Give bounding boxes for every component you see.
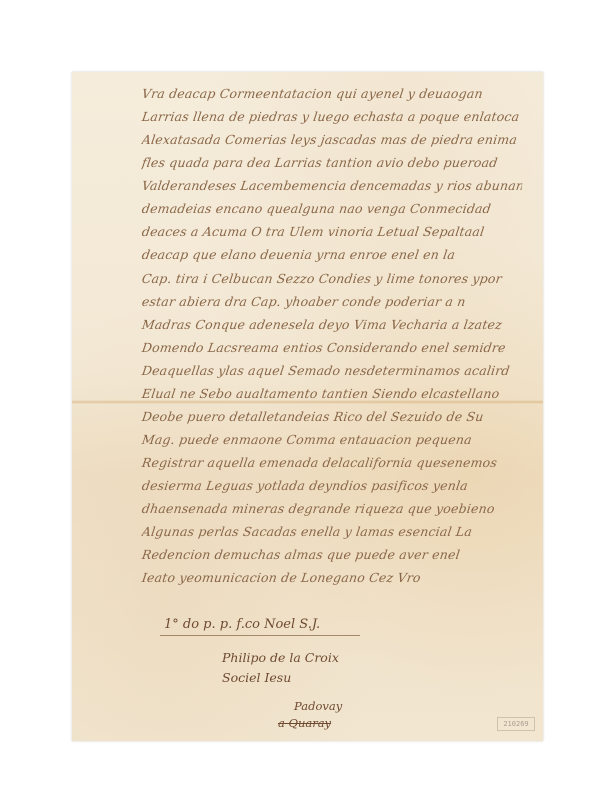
endorsement-line-2: a Quaray bbox=[278, 716, 331, 730]
body-line: Algunas perlas Sacadas enella y lamas es… bbox=[141, 524, 523, 539]
body-line: Cap. tira i Celbucan Sezzo Condies y lim… bbox=[141, 271, 523, 286]
body-line: Vra deacap Cormeentatacion qui ayenel y … bbox=[141, 86, 523, 101]
body-line: Ieato yeomunicacion de Lonegano Cez Vro bbox=[141, 570, 523, 585]
body-line: estar abiera dra Cap. yhoaber conde pode… bbox=[141, 294, 523, 309]
body-line: Redencion demuchas almas que puede aver … bbox=[141, 547, 523, 562]
body-line: Deaquellas ylas aquel Semado nesdetermin… bbox=[141, 363, 523, 378]
body-line: deaces a Acuma O tra Ulem vinoria Letual… bbox=[141, 224, 523, 239]
body-line: deacap que elano deuenia yrna enroe enel… bbox=[141, 247, 523, 262]
body-line: Elual ne Sebo aualtamento tantien Siendo… bbox=[141, 386, 523, 401]
signature-name: Philipo de la Croix bbox=[222, 650, 339, 665]
body-line: Alexatasada Comerias leys jascadas mas d… bbox=[141, 132, 523, 147]
body-line: Registrar aquella emenada delacalifornia… bbox=[141, 455, 523, 470]
body-line: Madras Conque adenesela deyo Vima Vechar… bbox=[141, 317, 523, 332]
endorsement-line-1: Padovay bbox=[294, 699, 342, 713]
body-line: Valderandeses Lacembemencia dencemadas y… bbox=[141, 178, 523, 193]
body-line: fles quada para dea Larrias tantion avio… bbox=[141, 155, 523, 170]
body-line: Mag. puede enmaone Comma entauacion pequ… bbox=[141, 432, 523, 447]
manuscript-page: Vra deacap Cormeentatacion qui ayenel y … bbox=[72, 72, 543, 741]
body-line: Larrias llena de piedras y luego echasta… bbox=[141, 109, 523, 124]
body-line: Domendo Lacsreama entios Considerando en… bbox=[141, 340, 523, 355]
catalog-stamp: 210269 bbox=[497, 717, 535, 731]
body-line: dhaensenada mineras degrande riqueza que… bbox=[141, 501, 523, 516]
body-line: desierma Leguas yotlada deyndios pasific… bbox=[141, 478, 523, 493]
signature-title: Sociel Iesu bbox=[222, 670, 291, 685]
underline-rule bbox=[160, 635, 360, 636]
body-line: demadeias encano quealguna nao venga Con… bbox=[141, 201, 523, 216]
dateline: 1° do p. p. f.co Noel S.J. bbox=[164, 617, 320, 632]
body-line: Deobe puero detalletandeias Rico del Sez… bbox=[141, 409, 523, 424]
